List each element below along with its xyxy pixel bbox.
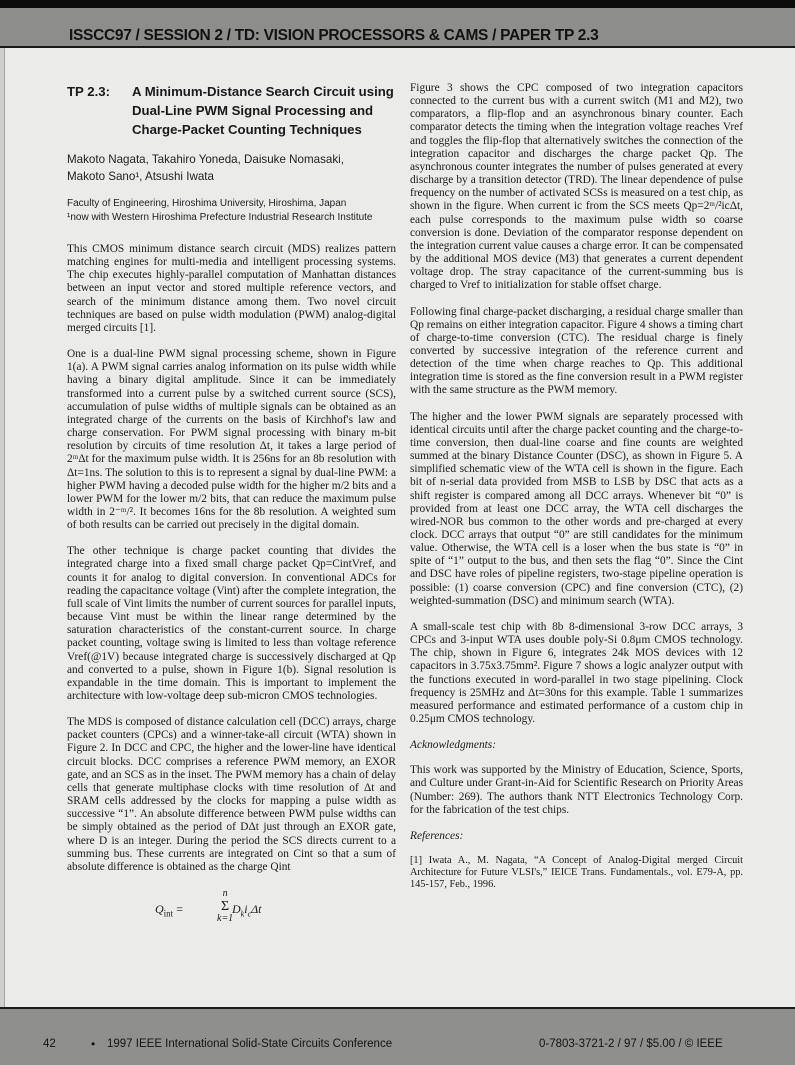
affiliation-line: ¹now with Western Hiroshima Prefecture I…: [67, 211, 396, 225]
acknowledgments-heading: Acknowledgments:: [410, 739, 743, 751]
affiliation-line: Faculty of Engineering, Hiroshima Univer…: [67, 197, 396, 211]
isbn-copyright: 0-7803-3721-2 / 97 / $5.00 / © IEEE: [539, 1038, 723, 1050]
paper-page: ISSCC97 / SESSION 2 / TD: VISION PROCESS…: [0, 0, 795, 1065]
paper-number: TP 2.3:: [67, 82, 132, 139]
equation-rhs: DkicΔt: [232, 902, 262, 918]
body-paragraph-charge-packet: The other technique is charge packet cou…: [67, 545, 396, 703]
body-paragraph-ctc: Following final charge-packet dischargin…: [410, 306, 743, 398]
body-paragraph-dual-line-pwm: One is a dual-line PWM signal processing…: [67, 348, 396, 532]
running-header-title: ISSCC97 / SESSION 2 / TD: VISION PROCESS…: [69, 27, 598, 45]
body-paragraph-cpc: Figure 3 shows the CPC composed of two i…: [410, 82, 743, 293]
title-line: Dual-Line PWM Signal Processing and: [132, 101, 396, 120]
references-heading: References:: [410, 830, 743, 842]
author-line: Makoto Nagata, Takahiro Yoneda, Daisuke …: [67, 151, 396, 168]
page-number: 42: [43, 1038, 56, 1050]
body-paragraph-test-chip: A small-scale test chip with 8b 8-dimens…: [410, 621, 743, 726]
title-line: A Minimum-Distance Search Circuit using: [132, 82, 396, 101]
body-paragraph-wta: The higher and the lower PWM signals are…: [410, 411, 743, 608]
affiliation: Faculty of Engineering, Hiroshima Univer…: [67, 197, 396, 225]
right-column: Figure 3 shows the CPC composed of two i…: [410, 82, 743, 891]
title-line: Charge-Packet Counting Techniques: [132, 120, 396, 139]
author-line: Makoto Sano¹, Atsushi Iwata: [67, 168, 396, 185]
summation-symbol: n Σ k=1: [217, 888, 233, 925]
paper-title-block: TP 2.3: A Minimum-Distance Search Circui…: [67, 82, 396, 139]
equation-qint: Qint = n Σ k=1 DkicΔt: [67, 888, 396, 928]
scan-top-edge: [0, 0, 795, 8]
bullet-icon: •: [91, 1037, 95, 1051]
scan-left-edge: [0, 48, 5, 1008]
left-column: TP 2.3: A Minimum-Distance Search Circui…: [67, 82, 396, 928]
footer-band: 42 • 1997 IEEE International Solid-State…: [0, 1007, 795, 1065]
equation-lhs: Qint =: [155, 902, 183, 918]
body-paragraph-mds-architecture: The MDS is composed of distance calculat…: [67, 716, 396, 874]
body-paragraph-intro: This CMOS minimum distance search circui…: [67, 243, 396, 335]
running-header-band: ISSCC97 / SESSION 2 / TD: VISION PROCESS…: [0, 8, 795, 48]
acknowledgments-text: This work was supported by the Ministry …: [410, 764, 743, 817]
author-list: Makoto Nagata, Takahiro Yoneda, Daisuke …: [67, 151, 396, 185]
reference-item: [1] Iwata A., M. Nagata, “A Concept of A…: [410, 855, 743, 891]
paper-title: A Minimum-Distance Search Circuit using …: [132, 82, 396, 139]
conference-name: 1997 IEEE International Solid-State Circ…: [107, 1038, 392, 1050]
